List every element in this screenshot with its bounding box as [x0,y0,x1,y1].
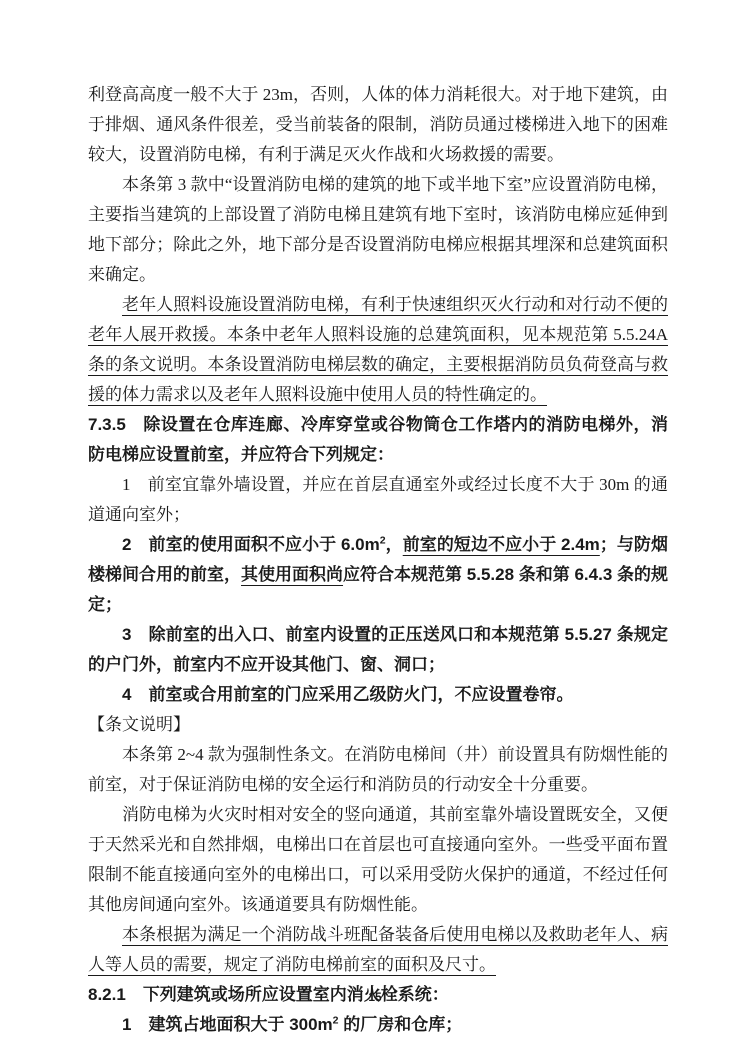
item-number: 3 [122,625,131,644]
item-3: 3除前室的出入口、前室内设置的正压送风口和本规范第 5.5.27 条规定的户门外… [88,620,668,680]
item-text: 前室宜靠外墙设置，并应在首层直通室外或经过长度不大于 30m 的通道通向室外； [88,475,668,524]
clause-text: 除设置在仓库连廊、冷库穿堂或谷物筒仓工作塔内的消防电梯外，消防电梯应设置前室，并… [88,415,668,464]
document-page: 利登高高度一般不大于 23m，否则，人体的体力消耗很大。对于地下建筑，由于排烟、… [0,0,750,1060]
text-segment-underlined: 其使用面积尚 [241,565,343,584]
paragraph-front-room-size-underlined: 本条根据为满足一个消防战斗班配备装备后使用电梯以及救助老年人、病人等人员的需要，… [88,920,668,980]
item-number: 1 [122,475,131,494]
paragraph-elderly-care-underlined: 老年人照料设施设置消防电梯，有利于快速组织灭火行动和对行动不便的老年人展开救援。… [88,290,668,410]
item-number: 1 [122,1015,131,1034]
explanation-label: 【条文说明】 [88,710,668,740]
text-segment: 前室的使用面积不应小于 6.0m [148,535,379,554]
clause-7-3-5: 7.3.5除设置在仓库连廊、冷库穿堂或谷物筒仓工作塔内的消防电梯外，消防电梯应设… [88,410,668,470]
paragraph-clause3-explanation: 本条第 3 款中“设置消防电梯的建筑的地下或半地下室”应设置消防电梯，主要指当建… [88,170,668,290]
item-1-hydrant: 1建筑占地面积大于 300m2 的厂房和仓库； [88,1010,668,1040]
text-segment: 的厂房和仓库； [339,1015,463,1034]
item-4: 4前室或合用前室的门应采用乙级防火门，不应设置卷帘。 [88,680,668,710]
item-2: 2前室的使用面积不应小于 6.0m2，前室的短边不应小于 2.4m；与防烟楼梯间… [88,530,668,620]
item-number: 2 [122,535,131,554]
item-number: 4 [122,685,131,704]
paragraph-mandatory-clauses: 本条第 2~4 款为强制性条文。在消防电梯间（井）前设置具有防烟性能的前室，对于… [88,740,668,800]
item-text: 前室或合用前室的门应采用乙级防火门，不应设置卷帘。 [148,685,573,704]
text-segment: 建筑占地面积大于 300m [148,1015,332,1034]
paragraph-elevator-passage: 消防电梯为火灾时相对安全的竖向通道，其前室靠外墙设置既安全，又便于天然采光和自然… [88,800,668,920]
paragraph-continuation: 利登高高度一般不大于 23m，否则，人体的体力消耗很大。对于地下建筑，由于排烟、… [88,80,668,170]
page-number: 15 [0,982,750,1012]
text-segment: ， [386,535,403,554]
item-text: 除前室的出入口、前室内设置的正压送风口和本规范第 5.5.27 条规定的户门外，… [88,625,668,674]
text-segment-underlined: 前室的短边不应小于 2.4m [403,535,600,554]
clause-number: 7.3.5 [88,415,126,434]
item-1: 1前室宜靠外墙设置，并应在首层直通室外或经过长度不大于 30m 的通道通向室外； [88,470,668,530]
